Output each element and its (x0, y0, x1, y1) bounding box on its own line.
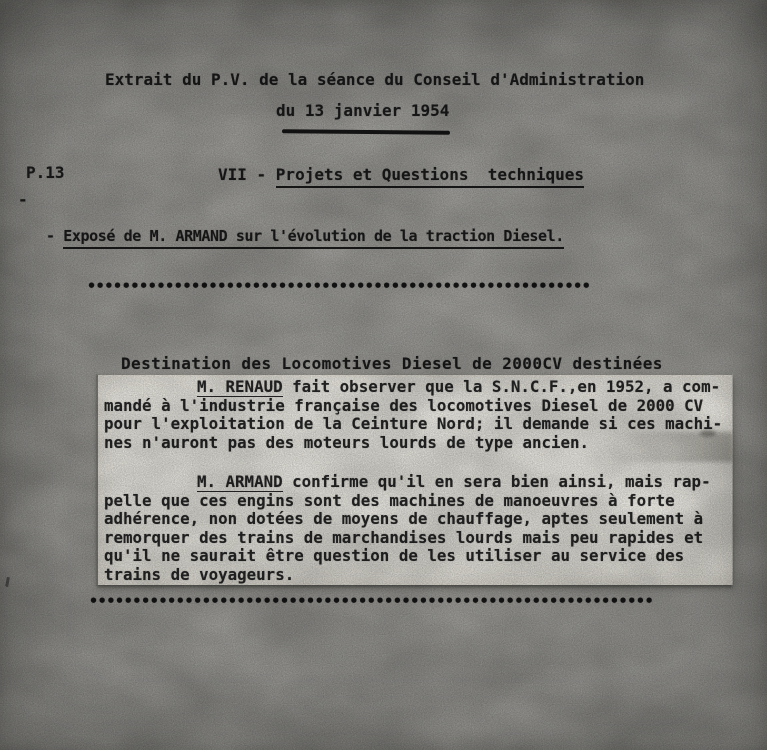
expose-heading: - Exposé de M. ARMAND sur l'évolution de… (46, 227, 564, 245)
expose-dash: - (46, 227, 63, 245)
subject-heading-row1: Destination des Locomotives Diesel de 20… (121, 355, 663, 373)
page-reference-dash: - (18, 190, 28, 209)
section-title: Projets et Questions techniques (276, 165, 584, 188)
minutes-paragraph-armand: M. ARMAND confirme qu'il en sera bien ai… (104, 473, 732, 584)
speaker-renaud: M. RENAUD (197, 377, 283, 397)
header-line2: du 13 janvier 1954 (276, 101, 449, 120)
section-number: VII - (218, 165, 276, 184)
stray-ink-mark (5, 577, 10, 587)
dotted-separator-bottom: ••••••••••••••••••••••••••••••••••••••••… (89, 592, 653, 610)
speaker-armand: M. ARMAND (197, 472, 283, 492)
paragraph-armand-text: confirme qu'il en sera bien ainsi, mais … (104, 472, 711, 584)
subject-line1: Destination des Locomotives Diesel de 20… (121, 354, 663, 376)
section-heading: VII - Projets et Questions techniques (218, 165, 584, 184)
expose-title: Exposé de M. ARMAND sur l'évolution de l… (63, 227, 564, 249)
pasted-minutes-slip: M. RENAUD fait observer que la S.N.C.F.,… (96, 374, 733, 585)
minutes-paragraph-renaud: M. RENAUD fait observer que la S.N.C.F.,… (104, 378, 732, 452)
page-reference: P.13 (26, 163, 65, 182)
header-line1: Extrait du P.V. de la séance du Conseil … (105, 70, 644, 89)
dotted-separator-top: ••••••••••••••••••••••••••••••••••••••••… (87, 277, 591, 295)
scanned-document-page: Extrait du P.V. de la séance du Conseil … (0, 0, 767, 750)
title-underline-rule (282, 129, 450, 134)
